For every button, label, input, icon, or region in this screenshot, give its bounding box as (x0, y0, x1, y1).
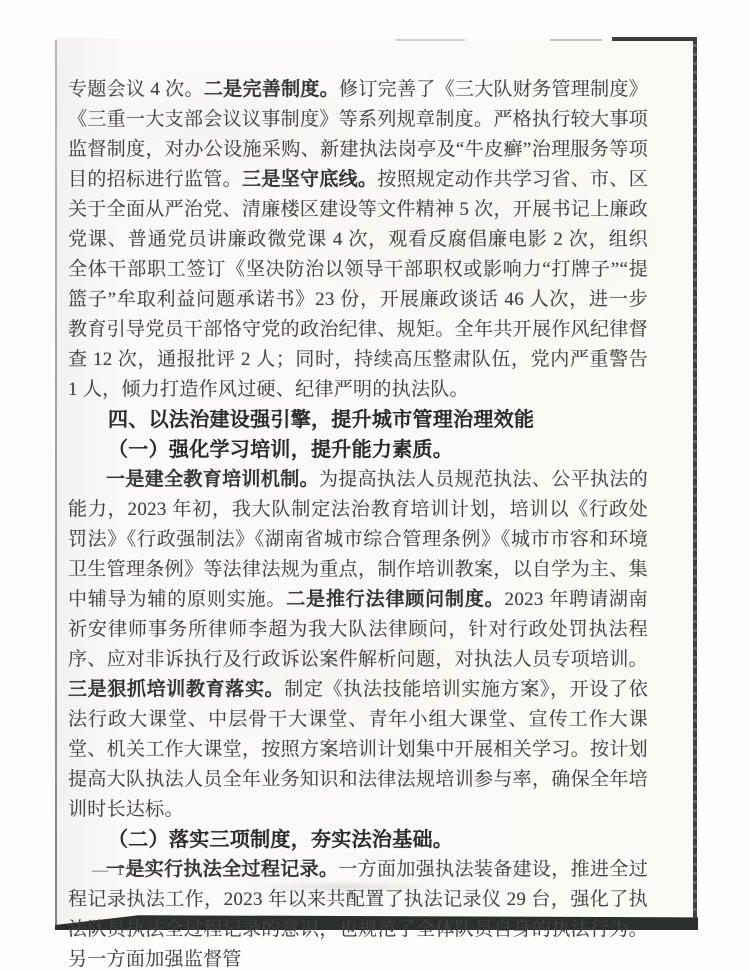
text-run: 按照规定动作共学习省、市、区关于全面从严治党、清廉楼区建设等文件精神 5 次，开… (68, 169, 648, 400)
paragraph: 一是建全教育培训机制。为提高执法人员规范执法、公平执法的能力，2023 年初，我… (68, 465, 648, 825)
paragraph: 专题会议 4 次。二是完善制度。修订完善了《三大队财务管理制度》《三重一大支部会… (68, 75, 648, 405)
bold-run: 三是狠抓培训教育落实。 (68, 679, 284, 700)
subsection-heading: （二）落实三项制度，夯实法治基础。 (68, 825, 648, 855)
page-corner-mark (612, 37, 697, 41)
page-edge-top-faint (550, 39, 602, 41)
page-edge-top-faint (395, 39, 465, 41)
page-number: — 12 — (92, 862, 160, 880)
page-edge-left (55, 40, 57, 928)
page-edge-right (693, 38, 697, 923)
bold-run: 二是完善制度。 (204, 79, 339, 100)
document-body: 专题会议 4 次。二是完善制度。修订完善了《三大队财务管理制度》《三重一大支部会… (68, 75, 648, 970)
section-heading: 四、以法治建设强引擎，提升城市管理治理效能 (68, 405, 648, 435)
bold-run: 二是推行法律顾问制度。 (286, 589, 504, 610)
scanned-page: 专题会议 4 次。二是完善制度。修订完善了《三大队财务管理制度》《三重一大支部会… (0, 0, 750, 970)
text-run: 制定《执法技能培训实施方案》，开设了依法行政大课堂、中层骨干大课堂、青年小组大课… (68, 679, 648, 820)
subsection-heading: （一）强化学习培训，提升能力素质。 (68, 435, 648, 465)
bold-run: 三是坚守底线。 (242, 169, 377, 190)
bold-run: 一是建全教育培训机制。 (106, 469, 319, 490)
text-run: 专题会议 4 次。 (68, 79, 204, 100)
